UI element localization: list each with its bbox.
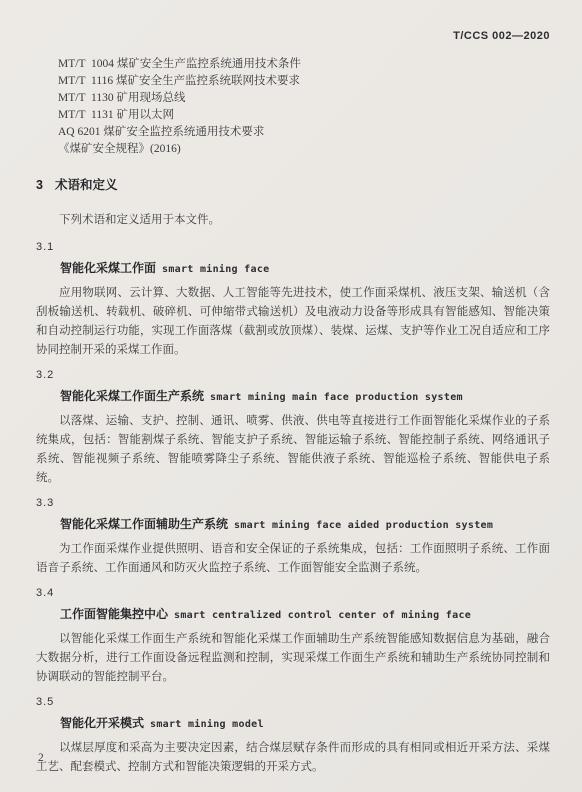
term-name-zh: 工作面智能集控中心: [60, 607, 168, 621]
term-block-3-2: 3.2 智能化采煤工作面生产系统smart mining main face p…: [36, 368, 550, 488]
term-name-en: smart mining face: [162, 264, 269, 275]
section-intro: 下列术语和定义适用于本文件。: [36, 213, 550, 228]
reference-line: MT/T 1004 煤矿安全生产监控系统通用技术条件: [36, 56, 550, 73]
page-header: T/CCS 002—2020: [36, 26, 550, 39]
page-number: 2: [38, 752, 44, 764]
term-name-en: smart mining model: [150, 719, 264, 730]
document-page: T/CCS 002—2020 MT/T 1004 煤矿安全生产监控系统通用技术条…: [0, 0, 582, 792]
term-name-zh: 智能化采煤工作面辅助生产系统: [60, 517, 228, 531]
term-definition: 为工作面采煤作业提供照明、语音和安全保证的子系统集成，包括：工作面照明子系统、工…: [36, 540, 550, 578]
term-definition: 以智能化采煤工作面生产系统和智能化采煤工作面辅助生产系统智能感知数据信息为基础，…: [36, 630, 550, 687]
section-title: 术语和定义: [55, 178, 118, 192]
term-name-en: smart centralized control center of mini…: [174, 610, 471, 621]
section-number: 3: [36, 178, 43, 192]
reference-line: AQ 6201 煤矿安全监控系统通用技术要求: [36, 124, 550, 141]
term-number: 3.3: [36, 496, 550, 510]
term-block-3-4: 3.4 工作面智能集控中心smart centralized control c…: [36, 586, 550, 687]
reference-line: MT/T 1130 矿用现场总线: [36, 90, 550, 107]
term-number: 3.5: [36, 695, 550, 709]
term-heading: 智能化开采模式smart mining model: [36, 715, 550, 732]
term-heading: 工作面智能集控中心smart centralized control cente…: [36, 606, 550, 623]
section-heading: 3术语和定义: [36, 178, 550, 193]
term-name-en: smart mining main face production system: [210, 392, 463, 403]
term-definition: 以落煤、运输、支护、控制、通讯、喷雾、供液、供电等直接进行工作面智能化采煤作业的…: [36, 412, 550, 488]
term-name-zh: 智能化采煤工作面: [60, 261, 156, 275]
term-name-zh: 智能化采煤工作面生产系统: [60, 389, 204, 403]
reference-line: MT/T 1116 煤矿安全生产监控系统联网技术要求: [36, 73, 550, 90]
term-name-en: smart mining face aided production syste…: [234, 520, 493, 531]
term-block-3-1: 3.1 智能化采煤工作面smart mining face 应用物联网、云计算、…: [36, 240, 550, 360]
term-number: 3.2: [36, 368, 550, 382]
term-name-zh: 智能化开采模式: [60, 716, 144, 730]
doc-code: T/CCS 002—2020: [453, 30, 550, 42]
reference-line: MT/T 1131 矿用以太网: [36, 107, 550, 124]
term-definition: 应用物联网、云计算、大数据、人工智能等先进技术，使工作面采煤机、液压支架、输送机…: [36, 284, 550, 360]
term-block-3-5: 3.5 智能化开采模式smart mining model 以煤层厚度和采高为主…: [36, 695, 550, 777]
term-heading: 智能化采煤工作面生产系统smart mining main face produ…: [36, 388, 550, 405]
term-heading: 智能化采煤工作面辅助生产系统smart mining face aided pr…: [36, 516, 550, 533]
term-heading: 智能化采煤工作面smart mining face: [36, 260, 550, 277]
term-number: 3.1: [36, 240, 550, 254]
term-definition: 以煤层厚度和采高为主要决定因素，结合煤层赋存条件而形成的具有相同或相近开采方法、…: [36, 739, 550, 777]
term-number: 3.4: [36, 586, 550, 600]
references-list: MT/T 1004 煤矿安全生产监控系统通用技术条件 MT/T 1116 煤矿安…: [36, 56, 550, 158]
term-block-3-3: 3.3 智能化采煤工作面辅助生产系统smart mining face aide…: [36, 496, 550, 578]
reference-line: 《煤矿安全规程》(2016): [36, 141, 550, 158]
